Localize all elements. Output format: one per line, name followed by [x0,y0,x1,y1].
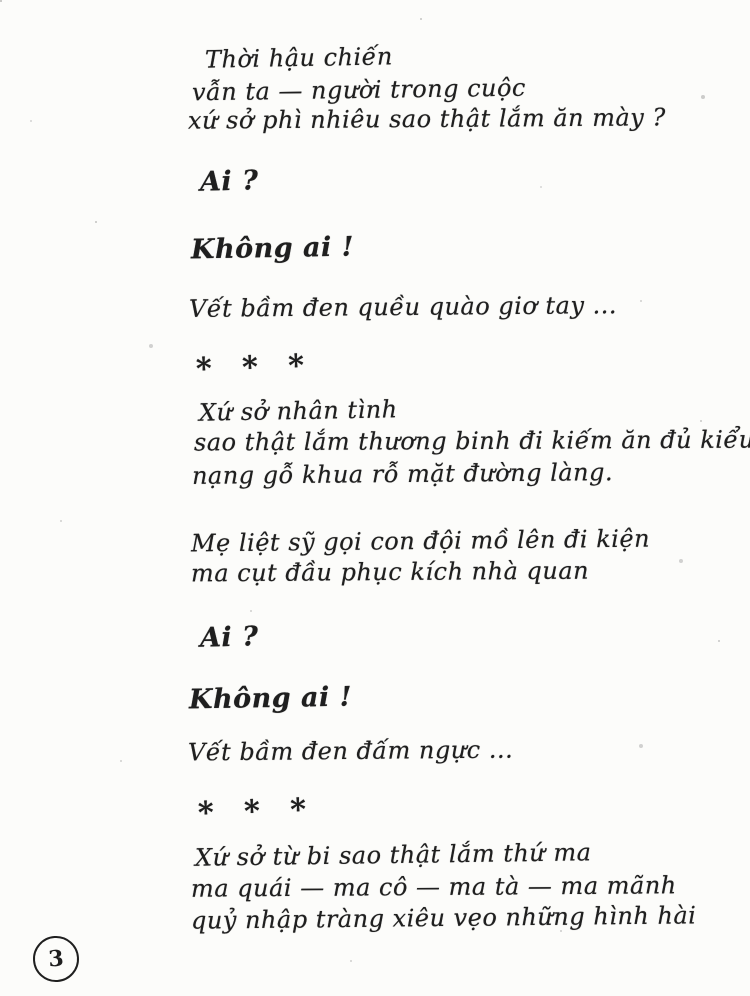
poem-line: Thời hậu chiến [205,42,393,73]
page-number-circle: 3 [31,934,80,983]
poem-refrain-answer: Không ai ! [189,682,353,716]
paper-noise [0,0,2,2]
poem-line: Xứ sở nhân tình [199,395,398,426]
manuscript-page: Thời hậu chiến vẫn ta — người trong cuộc… [0,0,750,996]
poem-line: quỷ nhập tràng xiêu vẹo những hình hài [191,901,697,934]
poem-line: Xứ sở từ bi sao thật lắm thứ ma [195,838,592,872]
poem-line: ma cụt đầu phục kích nhà quan [191,557,589,588]
stanza-separator: * * * [195,348,314,387]
poem-line: xứ sở phì nhiêu sao thật lắm ăn mày ? [188,103,666,134]
poem-line: nạng gỗ khua rỗ mặt đường làng. [192,458,613,490]
poem-line: sao thật lắm thương binh đi kiếm ăn đủ k… [194,426,750,457]
poem-refrain-answer: Không ai ! [191,232,355,266]
poem-line: Vết bầm đen đấm ngực ... [188,736,513,767]
stanza-separator: * * * [197,792,316,831]
poem-line: Mẹ liệt sỹ gọi con đội mồ lên đi kiện [191,525,650,558]
poem-line: ma quái — ma cô — ma tà — ma mãnh [191,871,677,902]
poem-refrain-question: Ai ? [200,621,259,654]
poem-line: Vết bầm đen quều quào giơ tay ... [189,291,617,323]
poem-line: vẫn ta — người trong cuộc [192,74,526,107]
page-number: 3 [47,945,64,972]
poem-refrain-question: Ai ? [200,165,259,198]
